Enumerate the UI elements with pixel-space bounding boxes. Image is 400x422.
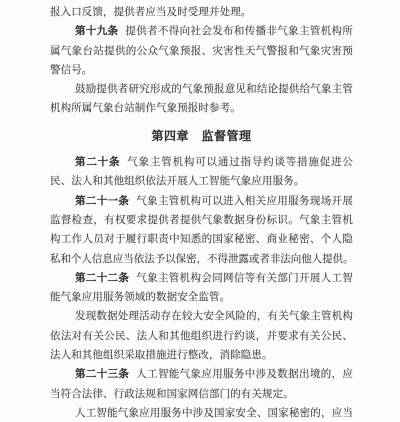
- line-text: 发现数据处理活动存在较大安全风险的，有关气象主管机构: [75, 311, 353, 322]
- line-text: 报入口反馈，提供者应当及时受理并处理。: [50, 7, 251, 18]
- text-line: 第二十条气象主管机构可以通过指导约谈等措施促进公: [50, 153, 353, 172]
- line-text: 气象主管机构会同网信等有关部门开展人工智: [136, 273, 353, 284]
- chapter-heading: 第四章 监督管理: [50, 127, 353, 146]
- line-text: 人工智能气象应用服务中涉及数据出境的，应: [136, 369, 353, 380]
- text-line: 发现数据处理活动存在较大安全风险的，有关气象主管机构: [50, 307, 353, 326]
- line-text: 私和个人信息应当依法予以保密，不得泄露或者非法向他人提供。: [50, 254, 353, 265]
- text-line: 第十九条提供者不得向社会发布和传播非气象主管机构所: [50, 22, 353, 41]
- text-line: 第二十三条人工智能气象应用服务中涉及数据出境的，应: [50, 365, 353, 384]
- line-text: 能气象应用服务领域的数据安全监管。: [50, 292, 230, 303]
- line-text: 监督检查，有权要求提供者提供气象数据身份标识。气象主管机: [50, 215, 353, 226]
- line-text: 民、法人和其他组织依法开展人工智能气象应用服务。: [50, 176, 304, 187]
- line-text: 当符合法律、行政法规和国家网信部门的有关规定。: [50, 389, 294, 400]
- text-line: 监督检查，有权要求提供者提供气象数据身份标识。气象主管机: [50, 211, 353, 230]
- article-number: 第十九条: [75, 26, 118, 37]
- text-line: 人工智能气象应用服务中涉及国家安全、国家秘密的，应当: [50, 404, 353, 422]
- text-line: 依法对有关公民、法人和其他组织进行约谈，并要求有关公民、: [50, 327, 353, 346]
- line-text: 气象主管机构可以通过指导约谈等措施促进公: [127, 157, 353, 168]
- text-line: 机构所属气象台站制作气象预报时参考。: [50, 99, 353, 118]
- document-page: 报入口反馈，提供者应当及时受理并处理。第十九条提供者不得向社会发布和传播非气象主…: [0, 0, 400, 422]
- line-text: 属气象台站提供的公众气象预报、灾害性天气警报和气象灾害预: [50, 46, 353, 57]
- line-text: 警信号。: [50, 65, 92, 76]
- text-line: 当符合法律、行政法规和国家网信部门的有关规定。: [50, 385, 353, 404]
- article-number: 第二十条: [75, 157, 120, 168]
- text-line: 警信号。: [50, 61, 353, 80]
- line-text: 气象主管机构可以进入相关应用服务现场开展: [136, 196, 353, 207]
- line-text: 依法对有关公民、法人和其他组织进行约谈，并要求有关公民、: [50, 331, 353, 342]
- line-text: 法人和其他组织采取措施进行整改，消除隐患。: [50, 350, 273, 361]
- text-line: 私和个人信息应当依法予以保密，不得泄露或者非法向他人提供。: [50, 250, 353, 269]
- text-line: 鼓励提供者研究形成的气象预报意见和结论提供给气象主管: [50, 80, 353, 99]
- text-line: 属气象台站提供的公众气象预报、灾害性天气警报和气象灾害预: [50, 42, 353, 61]
- text-line: 能气象应用服务领域的数据安全监管。: [50, 288, 353, 307]
- line-text: 人工智能气象应用服务中涉及国家安全、国家秘密的，应当: [75, 408, 353, 419]
- article-number: 第二十二条: [75, 273, 129, 284]
- text-line: 法人和其他组织采取措施进行整改，消除隐患。: [50, 346, 353, 365]
- article-number: 第二十三条: [75, 369, 129, 380]
- line-text: 提供者不得向社会发布和传播非气象主管机构所: [125, 26, 353, 37]
- line-text: 鼓励提供者研究形成的气象预报意见和结论提供给气象主管: [75, 84, 353, 95]
- text-line: 报入口反馈，提供者应当及时受理并处理。: [50, 3, 353, 22]
- article-number: 第二十一条: [75, 196, 129, 207]
- text-line: 第二十二条气象主管机构会同网信等有关部门开展人工智: [50, 269, 353, 288]
- line-text: 机构所属气象台站制作气象预报时参考。: [50, 103, 241, 114]
- text-line: 民、法人和其他组织依法开展人工智能气象应用服务。: [50, 172, 353, 191]
- document-text: 报入口反馈，提供者应当及时受理并处理。第十九条提供者不得向社会发布和传播非气象主…: [0, 0, 400, 422]
- line-text: 构工作人员对于履行职责中知悉的国家秘密、商业秘密、个人隐: [50, 234, 353, 245]
- text-line: 第二十一条气象主管机构可以进入相关应用服务现场开展: [50, 192, 353, 211]
- text-line: 构工作人员对于履行职责中知悉的国家秘密、商业秘密、个人隐: [50, 230, 353, 249]
